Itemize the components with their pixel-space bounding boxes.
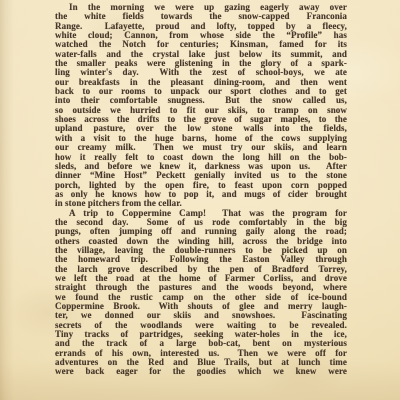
text-line: with a visit to the huge barns, home of … — [55, 134, 347, 143]
text-line: pungs, often jumping off and running gai… — [55, 227, 347, 236]
text-line: the smaller peaks were glistening in the… — [55, 59, 347, 68]
text-line: the white fields towards the snow-capped… — [55, 12, 347, 21]
text-line: back to our rooms to unpack our sport cl… — [55, 87, 347, 96]
text-line: how it really felt to coast down the lon… — [55, 153, 347, 162]
text-line: porch, lighted by the open fire, to feas… — [55, 181, 347, 190]
page-text-block: In the morning we were up gazing eagerly… — [55, 3, 347, 377]
text-line: upland pasture, over the low stone walls… — [55, 124, 347, 133]
text-line: watched the Notch for centuries; Kinsman… — [55, 40, 347, 49]
text-line: dinner “Mine Host” Peckett genially invi… — [55, 171, 347, 180]
text-line: Range. Lafayette, proud and lofty, toppe… — [55, 22, 347, 31]
text-line: the second day. Some of us rode comforta… — [55, 218, 347, 227]
text-line: errands of his own, interested us. Then … — [55, 349, 347, 358]
text-line: we found the rustic camp on the other si… — [55, 293, 347, 302]
text-line: so outside we hurried to fit our skiis, … — [55, 106, 347, 115]
text-line: as only he knows how to pop it, and mugs… — [55, 190, 347, 199]
text-line: others coasted down the winding hill, ac… — [55, 237, 347, 246]
text-line: shoes across the drifts to the grove of … — [55, 115, 347, 124]
text-line: the village, leaving the double-runners … — [55, 246, 347, 255]
text-line: the homeward trip. Following the Easton … — [55, 255, 347, 264]
text-line: water-falls and the crystal lake just be… — [55, 50, 347, 59]
text-line: ling winter's day. With the zest of scho… — [55, 68, 347, 77]
text-line: were back eager for the goodies which we… — [55, 367, 347, 376]
text-line: and the track of a large bob-cat, bent o… — [55, 339, 347, 348]
text-line: into their comfortable snugness. But the… — [55, 96, 347, 105]
text-line: Tiny tracks of partridges, seeking water… — [55, 330, 347, 339]
text-line: in stone pitchers from the cellar. — [55, 199, 347, 208]
text-line: adventures on the Red and Blue Trails, b… — [55, 358, 347, 367]
text-line: ter, we donned our skiis and snowshoes. … — [55, 311, 347, 320]
text-line: straight through the pastures and the wo… — [55, 283, 347, 292]
text-line: our creamy milk. Then we must try our sk… — [55, 143, 347, 152]
text-line: A trip to Coppermine Camp! That was the … — [55, 209, 347, 218]
text-line: our breakfasts in the pleasant dining-ro… — [55, 78, 347, 87]
text-line: white cloud; Cannon, from whose side the… — [55, 31, 347, 40]
text-line: sleds, and before we knew it, darkness w… — [55, 162, 347, 171]
text-line: secrets of the woodlands were waiting to… — [55, 321, 347, 330]
text-line: we left the road at the home of Farmer C… — [55, 274, 347, 283]
text-line: Coppermine Brook. With shouts of glee an… — [55, 302, 347, 311]
scanned-book-page: In the morning we were up gazing eagerly… — [0, 0, 400, 400]
text-line: the larch grove described by the pen of … — [55, 265, 347, 274]
text-line: In the morning we were up gazing eagerly… — [55, 3, 347, 12]
